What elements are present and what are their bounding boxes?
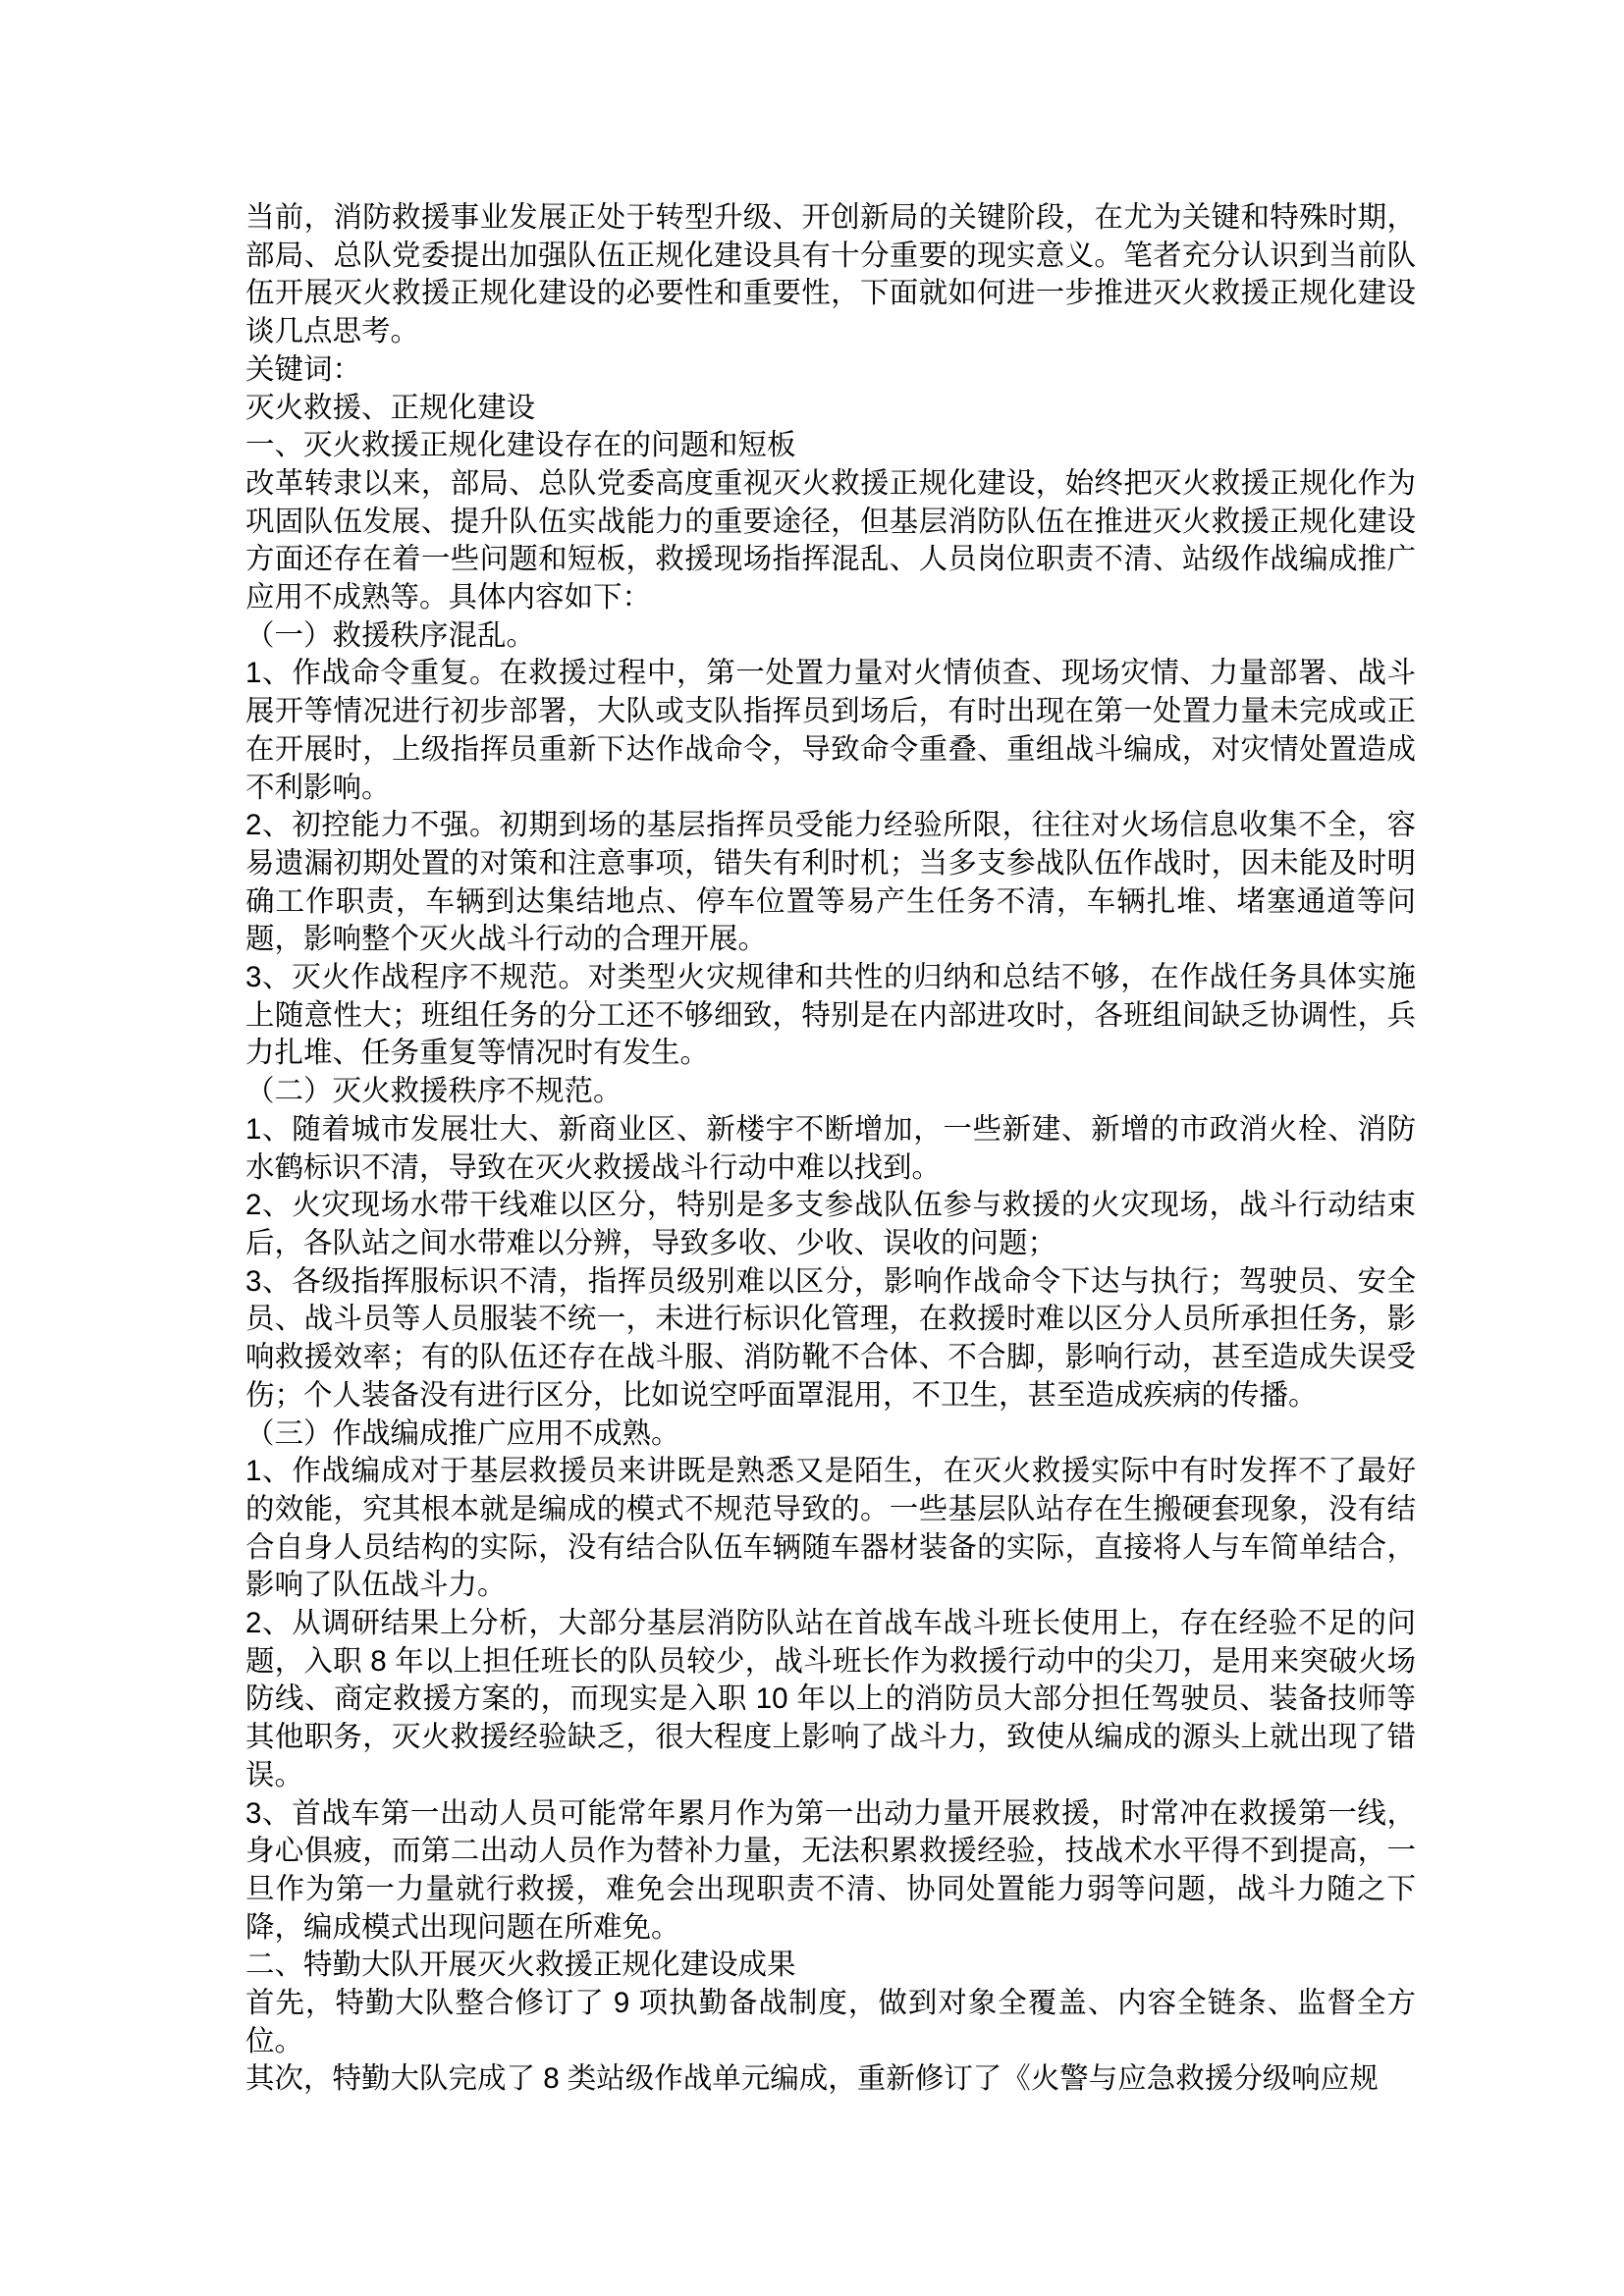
- paragraph: 1、随着城市发展壮大、新商业区、新楼宇不断增加，一些新建、新增的市政消火栓、消防…: [245, 1111, 1416, 1187]
- paragraph: 改革转隶以来，部局、总队党委高度重视灭火救援正规化建设，始终把灭火救援正规化作为…: [245, 465, 1416, 617]
- paragraph-truncated: 其次，特勤大队完成了 8 类站级作战单元编成，重新修订了《火警与应急救援分级响应…: [245, 2060, 1416, 2099]
- paragraph: 1、作战编成对于基层救援员来讲既是熟悉又是陌生，在灭火救援实际中有时发挥不了最好…: [245, 1453, 1416, 1605]
- paragraph: 首先，特勤大队整合修订了 9 项执勤备战制度，做到对象全覆盖、内容全链条、监督全…: [245, 1985, 1416, 2060]
- document-text-body: 当前，消防救援事业发展正处于转型升级、开创新局的关键阶段，在尤为关键和特殊时期，…: [245, 199, 1416, 2099]
- paragraph: 1、作战命令重复。在救援过程中，第一处置力量对火情侦查、现场灾情、力量部署、战斗…: [245, 655, 1416, 807]
- heading-subsection-1-2: （二）灭火救援秩序不规范。: [245, 1073, 1416, 1111]
- paragraph: 2、火灾现场水带干线难以区分，特别是多支参战队伍参与救援的火灾现场，战斗行动结束…: [245, 1187, 1416, 1262]
- paragraph-keywords-label: 关键词：: [245, 351, 1416, 390]
- heading-section-1: 一、灭火救援正规化建设存在的问题和短板: [245, 427, 1416, 465]
- paragraph: 2、初控能力不强。初期到场的基层指挥员受能力经验所限，往往对火场信息收集不全，容…: [245, 807, 1416, 959]
- paragraph: 3、各级指挥服标识不清，指挥员级别难以区分，影响作战命令下达与执行；驾驶员、安全…: [245, 1263, 1416, 1415]
- paragraph: 2、从调研结果上分析，大部分基层消防队站在首战车战斗班长使用上，存在经验不足的问…: [245, 1605, 1416, 1795]
- heading-subsection-1-1: （一）救援秩序混乱。: [245, 617, 1416, 656]
- paragraph-intro: 当前，消防救援事业发展正处于转型升级、开创新局的关键阶段，在尤为关键和特殊时期，…: [245, 199, 1416, 351]
- paragraph: 3、灭火作战程序不规范。对类型火灾规律和共性的归纳和总结不够，在作战任务具体实施…: [245, 959, 1416, 1073]
- heading-subsection-1-3: （三）作战编成推广应用不成熟。: [245, 1415, 1416, 1454]
- document-page: 当前，消防救援事业发展正处于转型升级、开创新局的关键阶段，在尤为关键和特殊时期，…: [0, 0, 1624, 2296]
- paragraph-keywords: 灭火救援、正规化建设: [245, 390, 1416, 428]
- paragraph: 3、首战车第一出动人员可能常年累月作为第一出动力量开展救援，时常冲在救援第一线，…: [245, 1795, 1416, 1948]
- heading-section-2: 二、特勤大队开展灭火救援正规化建设成果: [245, 1947, 1416, 1985]
